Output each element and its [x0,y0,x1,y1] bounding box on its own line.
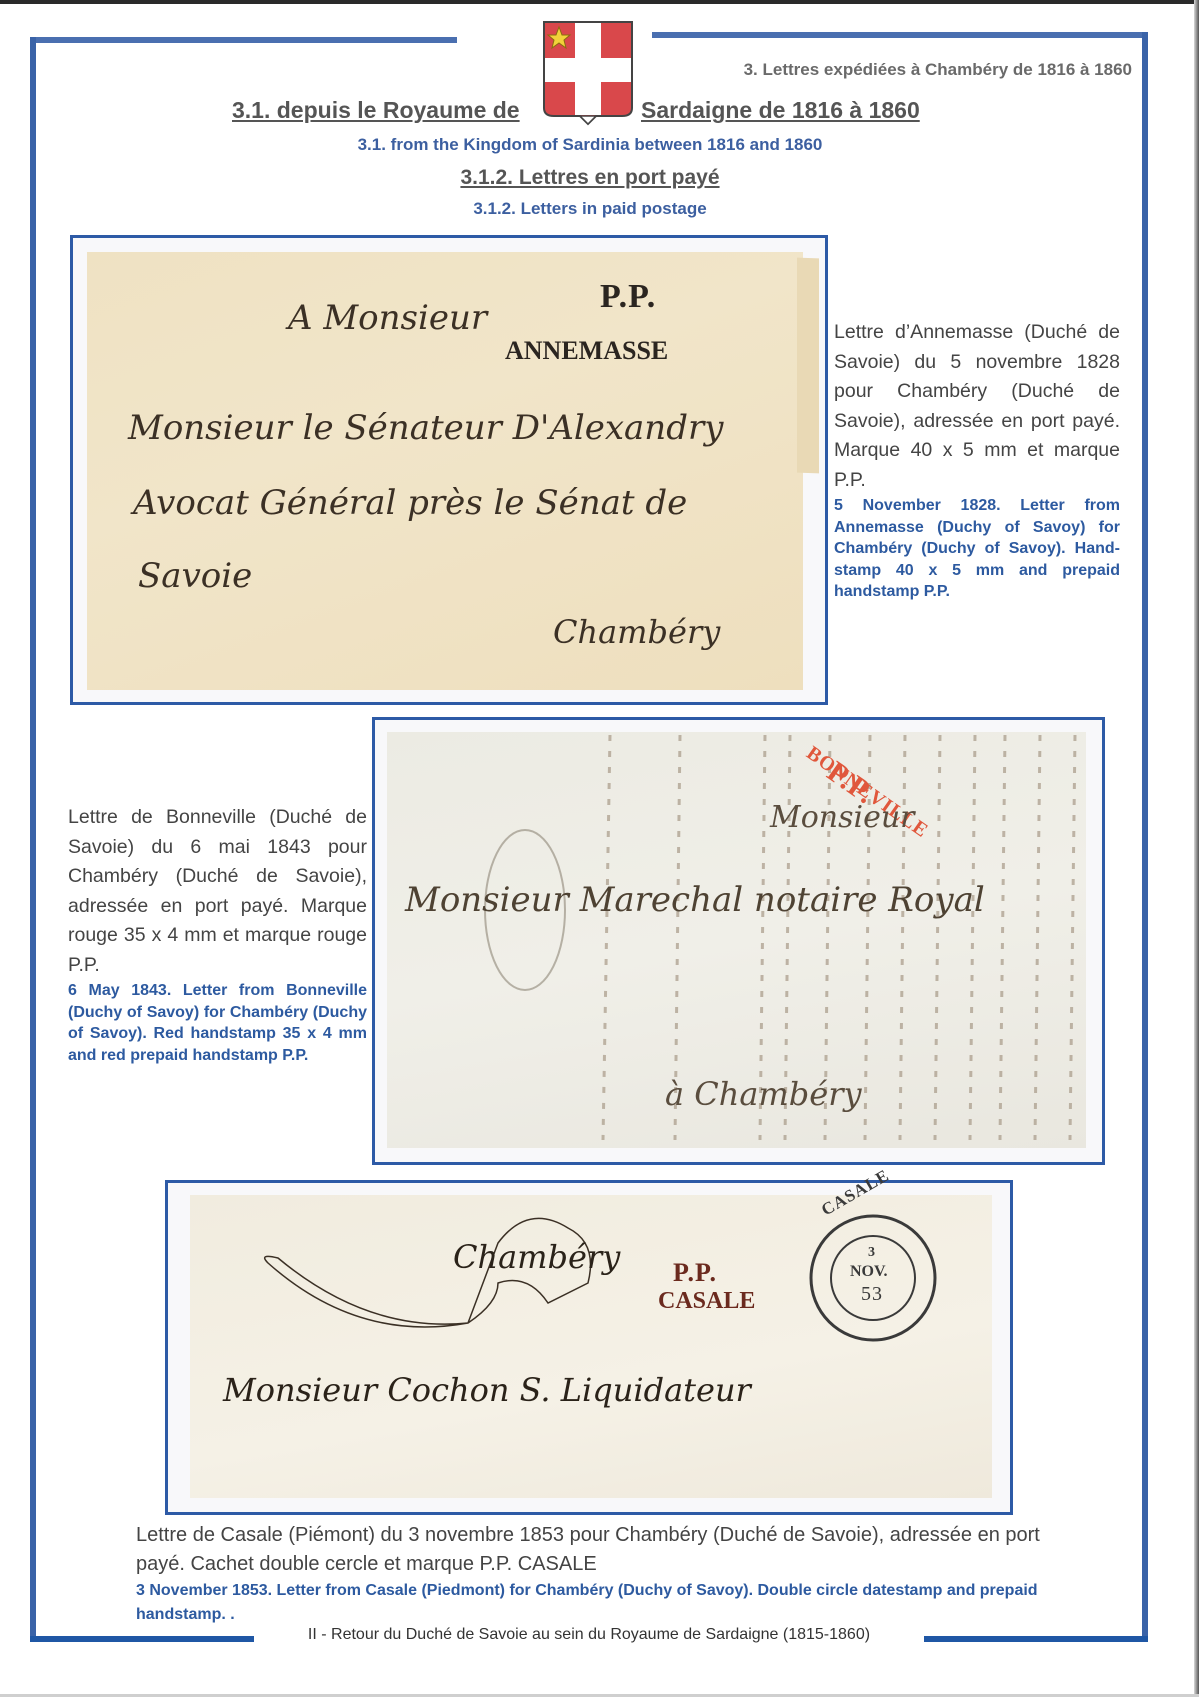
handwritten-address: Monsieur [770,800,915,835]
page-title-fr-right: Sardaigne de 1816 à 1860 [641,97,920,124]
pp-handstamp: P.P. [673,1258,717,1288]
page-frame-right [1142,32,1148,1641]
handwritten-address: Monsieur le Sénateur D'Alexandry [128,408,723,448]
subtitle-fr: 3.1.2. Lettres en port payé [0,166,1180,190]
datestamp-year: 53 [861,1283,883,1306]
subtitle-en: 3.1.2. Letters in paid postage [0,199,1180,219]
handwritten-address: Savoie [138,556,252,596]
description-annemasse: Lettre d’Annemasse (Duché de Savoie) du … [834,318,1120,603]
letter-image-casale: Chambéry Monsieur Cochon S. Liquidateur … [165,1180,1013,1515]
handwritten-address: Chambéry [453,1238,620,1276]
handwritten-address: Chambéry [553,613,720,651]
scan-edge [0,0,1199,4]
page-frame-bottom [924,1636,1148,1642]
page-footer: II - Retour du Duché de Savoie au sein d… [254,1626,924,1644]
letter-image-annemasse: P.P. ANNEMASSE A Monsieur Monsieur le Sé… [70,235,828,705]
description-en: 6 May 1843. Letter from Bonneville (Duch… [68,980,367,1066]
page-title-fr-left: 3.1. depuis le Royaume de [232,97,520,124]
description-en: 3 November 1853. Letter from Casale (Pie… [136,1579,1066,1627]
description-bonneville: Lettre de Bonneville (Duché de Savoie) d… [68,803,367,1066]
description-casale: Lettre de Casale (Piémont) du 3 novembre… [136,1521,1066,1627]
page-frame-top [30,37,457,43]
handwritten-address: A Monsieur [288,298,487,338]
page-frame-top [652,32,1148,38]
pp-handstamp: P.P. [600,278,656,316]
datestamp-day: 3 [868,1245,876,1261]
description-fr: Lettre de Bonneville (Duché de Savoie) d… [68,803,367,980]
datestamp-month: NOV. [850,1263,888,1281]
town-handstamp: ANNEMASSE [505,336,668,366]
section-label: 3. Lettres expédiées à Chambéry de 1816 … [700,60,1132,80]
description-fr: Lettre d’Annemasse (Duché de Savoie) du … [834,318,1120,495]
scan-edge [1194,0,1199,1697]
page-title-en: 3.1. from the Kingdom of Sardinia betwee… [0,135,1180,155]
savoy-coat-of-arms-icon [542,20,634,136]
description-fr: Lettre de Casale (Piémont) du 3 novembre… [136,1521,1066,1579]
letter-flap [797,258,819,474]
description-en: 5 November 1828. Letter from Annemasse (… [834,495,1120,603]
handwritten-address: Avocat Général près le Sénat de [133,483,687,523]
flourish [168,1183,1010,1512]
letter-image-bonneville: P.P. BONNEVILLE Monsieur Monsieur Marech… [372,717,1105,1165]
handwritten-address: à Chambéry [665,1075,862,1113]
handwritten-address: Monsieur Marechal notaire Royal [405,880,985,920]
page-frame-bottom [30,1636,254,1642]
town-handstamp: CASALE [658,1288,755,1315]
page-frame-left [30,37,36,1641]
handwritten-address: Monsieur Cochon S. Liquidateur [223,1371,751,1409]
